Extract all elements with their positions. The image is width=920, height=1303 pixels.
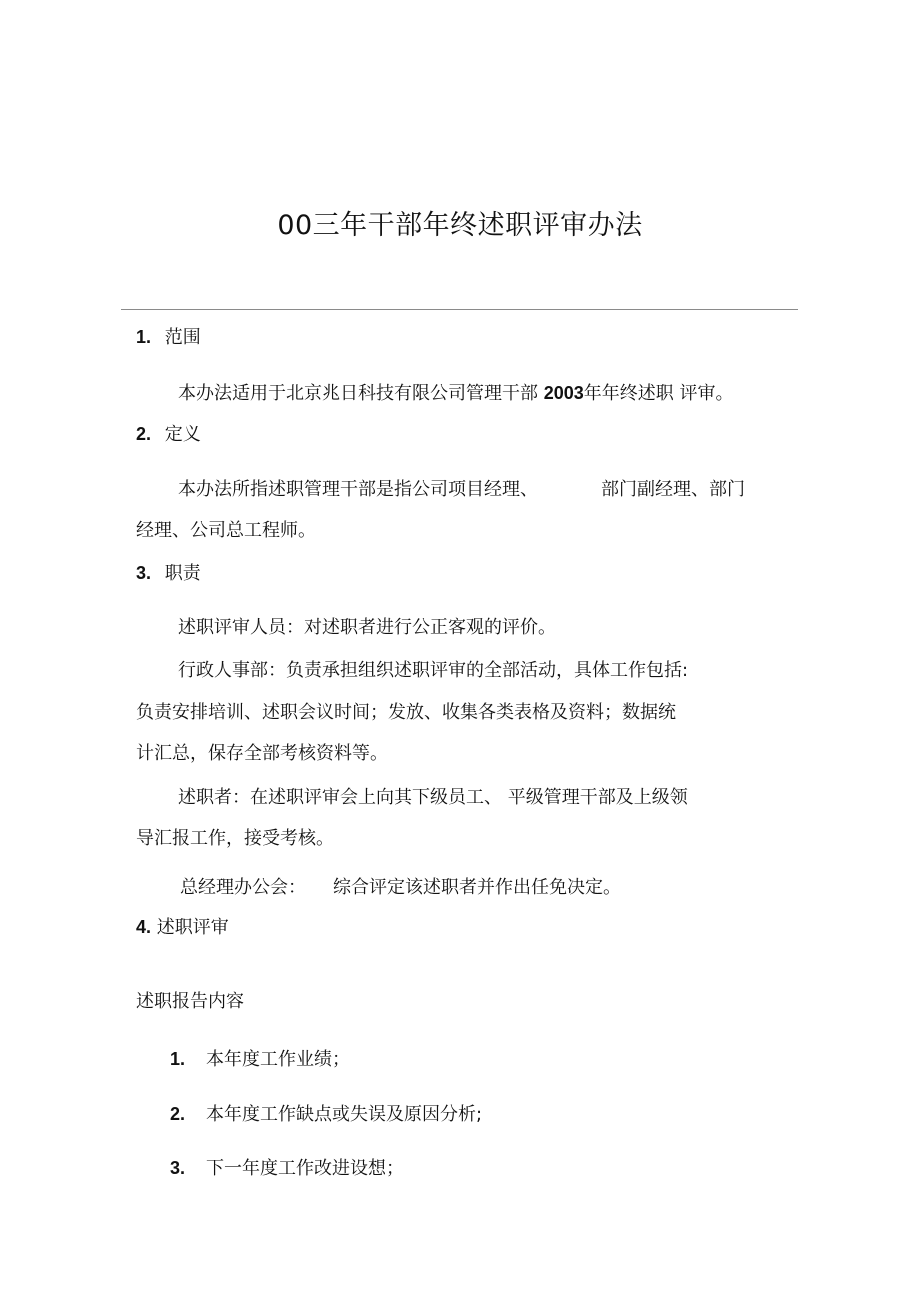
section-title: 范围 [165, 327, 201, 348]
list-item: 2.本年度工作缺点或失误及原因分析; [170, 1102, 482, 1127]
list-number: 1. [170, 1047, 206, 1071]
list-text: 下一年度工作改进设想； [206, 1158, 404, 1179]
section-number: 4. [136, 917, 151, 937]
paragraph-text: 本办法适用于北京兆日科技有限公司管理干部 [178, 383, 544, 404]
paragraph-line: 部门副经理、部门 [601, 478, 745, 502]
paragraph-line: 计汇总，保存全部考核资料等。 [136, 742, 388, 766]
section-number: 2. [136, 424, 151, 444]
section-number: 1. [136, 327, 151, 347]
section-2-heading: 2. 定义 [136, 422, 201, 447]
paragraph-line: 本办法所指述职管理干部是指公司项目经理、 [178, 478, 538, 502]
paragraph-line: 行政人事部：负责承担组织述职评审的全部活动，具体工作包括: [178, 659, 688, 683]
list-number: 2. [170, 1102, 206, 1126]
subsection-heading: 述职报告内容 [136, 990, 244, 1014]
list-item: 3.下一年度工作改进设想； [170, 1156, 404, 1181]
list-text: 本年度工作业绩； [206, 1049, 350, 1070]
section-3-heading: 3. 职责 [136, 561, 201, 586]
list-number: 3. [170, 1156, 206, 1180]
section-number: 3. [136, 563, 151, 583]
paragraph-line: 述职评审人员：对述职者进行公正客观的评价。 [178, 616, 556, 640]
paragraph-line: 导汇报工作，接受考核。 [136, 827, 334, 851]
list-text: 本年度工作缺点或失误及原因分析; [206, 1104, 482, 1125]
section-1-heading: 1. 范围 [136, 325, 201, 350]
document-title: 00三年干部年终述职评审办法 [0, 203, 920, 242]
paragraph-text: 年年终述职 评审。 [584, 383, 734, 404]
list-item: 1.本年度工作业绩； [170, 1047, 350, 1072]
paragraph-line: 经理、公司总工程师。 [136, 519, 316, 543]
paragraph-line: 述职者：在述职评审会上向其下级员工、 平级管理干部及上级领 [178, 786, 688, 810]
section-title: 述职评审 [157, 917, 229, 938]
year-bold: 2003 [544, 383, 584, 403]
title-divider [121, 309, 798, 310]
paragraph-line: 综合评定该述职者并作出任免决定。 [333, 876, 621, 900]
paragraph-line: 总经理办公会： [180, 876, 306, 900]
section-title: 职责 [165, 563, 201, 584]
paragraph-line: 负责安排培训、述职会议时间；发放、收集各类表格及资料；数据统 [136, 701, 676, 725]
section-1-paragraph: 本办法适用于北京兆日科技有限公司管理干部 2003年年终述职 评审。 [178, 381, 734, 406]
section-title: 定义 [165, 424, 201, 445]
section-4-heading: 4. 述职评审 [136, 915, 229, 940]
